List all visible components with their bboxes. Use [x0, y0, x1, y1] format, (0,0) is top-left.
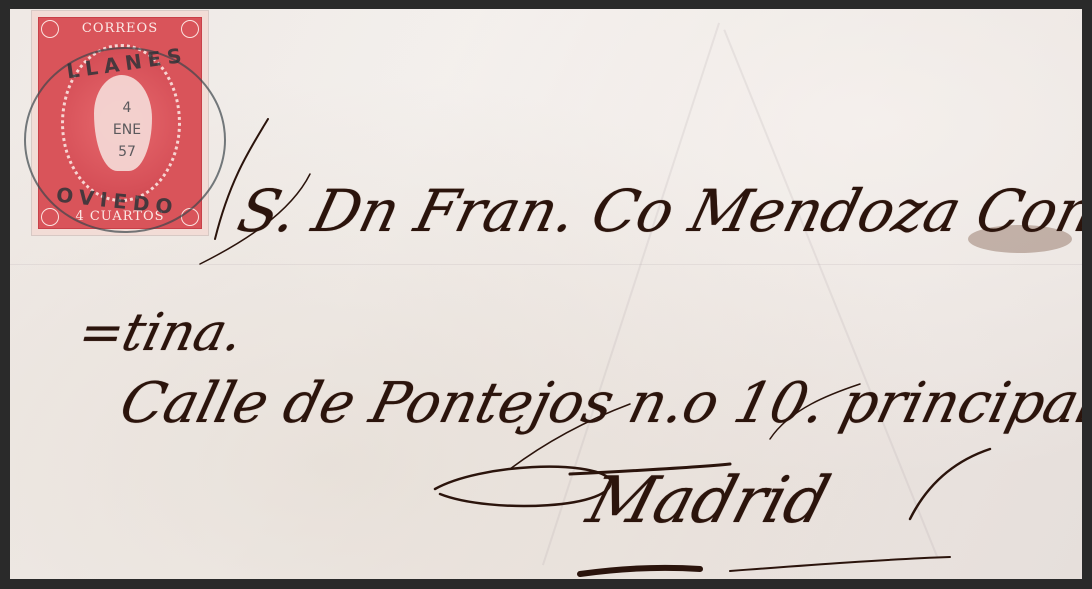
address-line-3: Calle de Pontejos n.o 10. principal — [114, 371, 1082, 436]
address-line-2: =tina. — [73, 303, 250, 363]
envelope-paper: CORREOS 4 CUARTOS LLANES 4 ENE 57 OVIEDO — [10, 9, 1082, 579]
pen-flourishes — [10, 9, 1082, 579]
address-line-1: S. Dn Fran. Co Mendoza Con — [232, 177, 1082, 245]
address-line-4-city: Madrid — [579, 464, 837, 538]
